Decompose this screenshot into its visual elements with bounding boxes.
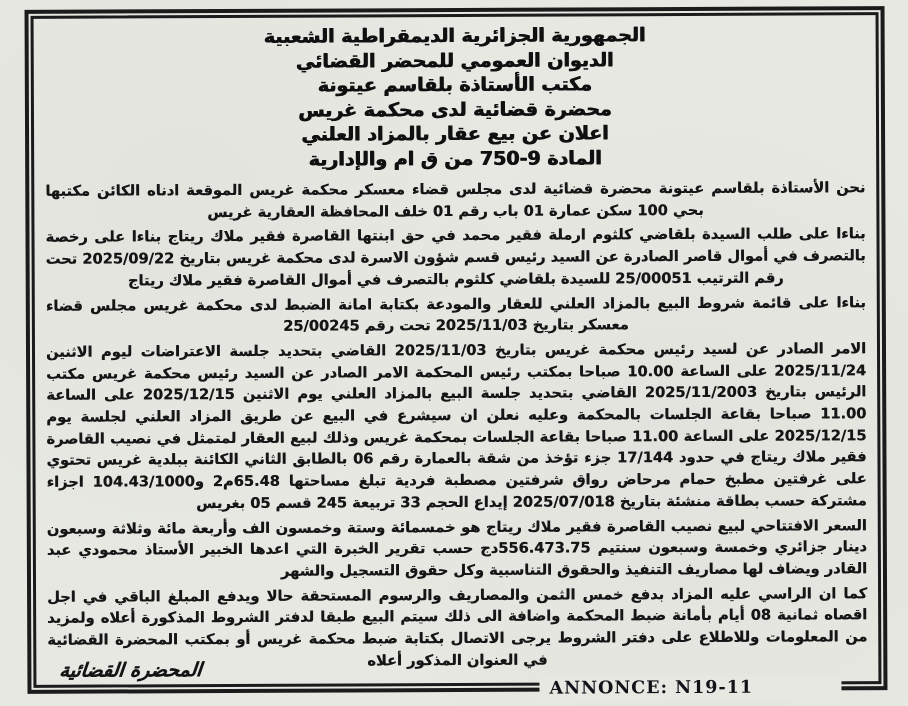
header-line-title: اعلان عن بيع عقار بالمزاد العلني — [45, 120, 865, 148]
paragraph-opening-price: السعر الافتتاحي لبيع نصيب القاصرة فقير م… — [47, 515, 867, 584]
paragraph-orders-and-property: الامر الصادر عن لسيد رئيس محكمة غريس بتا… — [46, 338, 867, 515]
header-line-office: الديوان العمومي للمحضر القضائي — [45, 47, 865, 75]
header-line-republic: الجمهورية الجزائرية الديمقراطية الشعبية — [45, 22, 865, 50]
annonce-label: ANNONCE: N19-11 — [539, 675, 841, 702]
scanned-announcement-page: الجمهورية الجزائرية الديمقراطية الشعبية … — [0, 0, 908, 706]
paragraph-request: بناءا على طلب السيدة بلقاضي كلثوم ارملة … — [45, 224, 865, 293]
document-body: نحن الأستاذة بلقاسم عيتونة محضرة قضائية … — [45, 177, 867, 673]
document-content: الجمهورية الجزائرية الديمقراطية الشعبية … — [45, 16, 868, 684]
header-line-article: المادة 9-750 من ق ام والإدارية — [45, 145, 865, 173]
document-frame: الجمهورية الجزائرية الديمقراطية الشعبية … — [25, 6, 888, 694]
paragraph-conditions-list: بناءا على قائمة شروط البيع بالمزاد العلن… — [46, 292, 866, 339]
header-line-bureau: مكتب الأستاذة بلقاسم عيتونة — [45, 71, 865, 99]
header-line-bailiff: محضرة قضائية لدى محكمة غريس — [45, 96, 865, 124]
paragraph-intro: نحن الأستاذة بلقاسم عيتونة محضرة قضائية … — [45, 177, 865, 224]
document-header: الجمهورية الجزائرية الديمقراطية الشعبية … — [45, 16, 866, 173]
signature-text: المحضرة القضائية — [58, 659, 202, 682]
